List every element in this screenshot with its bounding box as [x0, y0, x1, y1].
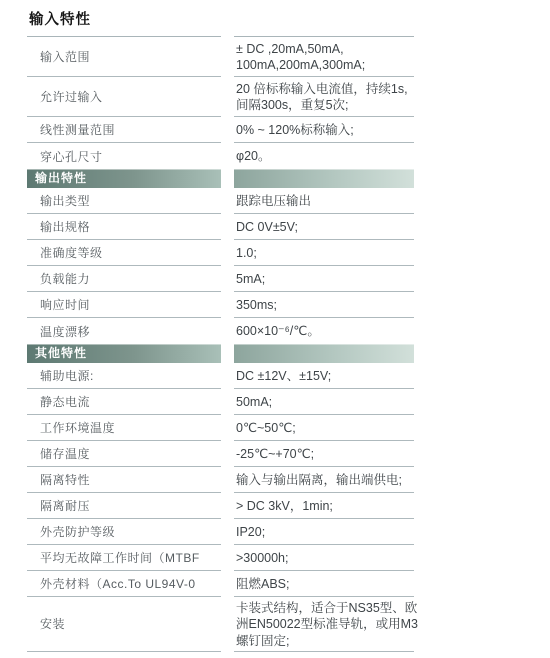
row-label: 输出规格	[40, 218, 90, 235]
row-label: 输出类型	[40, 192, 90, 209]
spec-row: 输出规格 DC 0V±5V;	[27, 214, 550, 240]
spec-row: 外壳防护等级 IP20;	[27, 519, 550, 545]
row-label: 平均无故障工作时间（MTBF	[40, 549, 200, 566]
row-label: 输入范围	[40, 48, 90, 65]
spec-row: 隔离耐压 > DC 3kV，1min;	[27, 493, 550, 519]
row-label: 储存温度	[40, 445, 90, 462]
row-value: 350ms;	[236, 297, 277, 313]
row-value: 5mA;	[236, 271, 265, 287]
row-label: 负载能力	[40, 270, 90, 287]
spec-row: 输入范围 ± DC ,20mA,50mA, 100mA,200mA,300mA;	[27, 37, 550, 77]
section-other-header: 其他特性	[27, 344, 550, 363]
section-bar-fill	[234, 169, 414, 188]
section-bar-title: 输出特性	[27, 169, 221, 188]
row-label: 外壳防护等级	[40, 523, 115, 540]
row-value: 输入与输出隔离，输出端供电;	[236, 472, 402, 488]
row-value: DC 0V±5V;	[236, 219, 298, 235]
spec-row: 辅助电源: DC ±12V、±15V;	[27, 363, 550, 389]
spec-sheet: 输入特性 输入范围 ± DC ,20mA,50mA, 100mA,200mA,3…	[0, 0, 550, 652]
row-label: 隔离特性	[40, 471, 90, 488]
section-bar-title: 其他特性	[27, 344, 221, 363]
row-value: 20 倍标称输入电流值，持续1s, 间隔300s，重复5次;	[236, 81, 408, 114]
spec-row: 温度漂移 600×10⁻⁶/℃。	[27, 318, 550, 344]
section-input-header: 输入特性	[27, 8, 550, 37]
spec-row: 线性测量范围 0% ~ 120%标称输入;	[27, 117, 550, 143]
spec-row: 准确度等级 1.0;	[27, 240, 550, 266]
row-value: DC ±12V、±15V;	[236, 368, 331, 384]
spec-row: 工作环境温度 0℃~50℃;	[27, 415, 550, 441]
row-label: 允许过输入	[40, 88, 103, 105]
row-value: 0℃~50℃;	[236, 420, 296, 436]
row-value: 0% ~ 120%标称输入;	[236, 122, 354, 138]
row-label: 工作环境温度	[40, 419, 115, 436]
row-value: 50mA;	[236, 394, 272, 410]
row-value: >30000h;	[236, 550, 288, 566]
row-value: > DC 3kV，1min;	[236, 498, 333, 514]
spec-row: 负载能力 5mA;	[27, 266, 550, 292]
spec-row: 输出类型 跟踪电压输出	[27, 188, 550, 214]
row-value: -25℃~+70℃;	[236, 446, 314, 462]
spec-row: 储存温度 -25℃~+70℃;	[27, 441, 550, 467]
row-label: 线性测量范围	[40, 121, 115, 138]
row-value: IP20;	[236, 524, 265, 540]
row-value: 1.0;	[236, 245, 257, 261]
section-bar-fill	[234, 344, 414, 363]
header-rule	[234, 8, 414, 37]
spec-row: 隔离特性 输入与输出隔离，输出端供电;	[27, 467, 550, 493]
row-label: 安装	[40, 615, 65, 632]
column-gap	[221, 169, 234, 188]
row-value: ± DC ,20mA,50mA, 100mA,200mA,300mA;	[236, 41, 365, 74]
row-label: 准确度等级	[40, 244, 103, 261]
spec-row: 静态电流 50mA;	[27, 389, 550, 415]
row-label: 隔离耐压	[40, 497, 90, 514]
row-label: 外壳材料（Acc.To UL94V-0	[40, 575, 196, 592]
spec-row: 安装 卡装式结构，适合于NS35型、欧 洲EN50022型标准导轨，或用M3 螺…	[27, 597, 550, 652]
row-value: 跟踪电压输出	[236, 193, 311, 209]
row-label: 温度漂移	[40, 323, 90, 340]
row-value: 阻燃ABS;	[236, 576, 290, 592]
column-gap	[221, 344, 234, 363]
row-label: 穿心孔尺寸	[40, 148, 103, 165]
spec-row: 平均无故障工作时间（MTBF >30000h;	[27, 545, 550, 571]
row-label: 静态电流	[40, 393, 90, 410]
column-gap	[221, 8, 234, 37]
spec-row: 允许过输入 20 倍标称输入电流值，持续1s, 间隔300s，重复5次;	[27, 77, 550, 117]
spec-row: 穿心孔尺寸 φ20。	[27, 143, 550, 169]
row-value: φ20。	[236, 148, 271, 164]
spec-row: 响应时间 350ms;	[27, 292, 550, 318]
row-label: 响应时间	[40, 296, 90, 313]
section-output-header: 输出特性	[27, 169, 550, 188]
row-label: 辅助电源:	[40, 367, 94, 384]
row-value: 卡装式结构，适合于NS35型、欧 洲EN50022型标准导轨，或用M3 螺钉固定…	[236, 600, 418, 649]
row-value: 600×10⁻⁶/℃。	[236, 323, 320, 339]
section-title: 输入特性	[27, 8, 221, 37]
spec-row: 外壳材料（Acc.To UL94V-0 阻燃ABS;	[27, 571, 550, 597]
